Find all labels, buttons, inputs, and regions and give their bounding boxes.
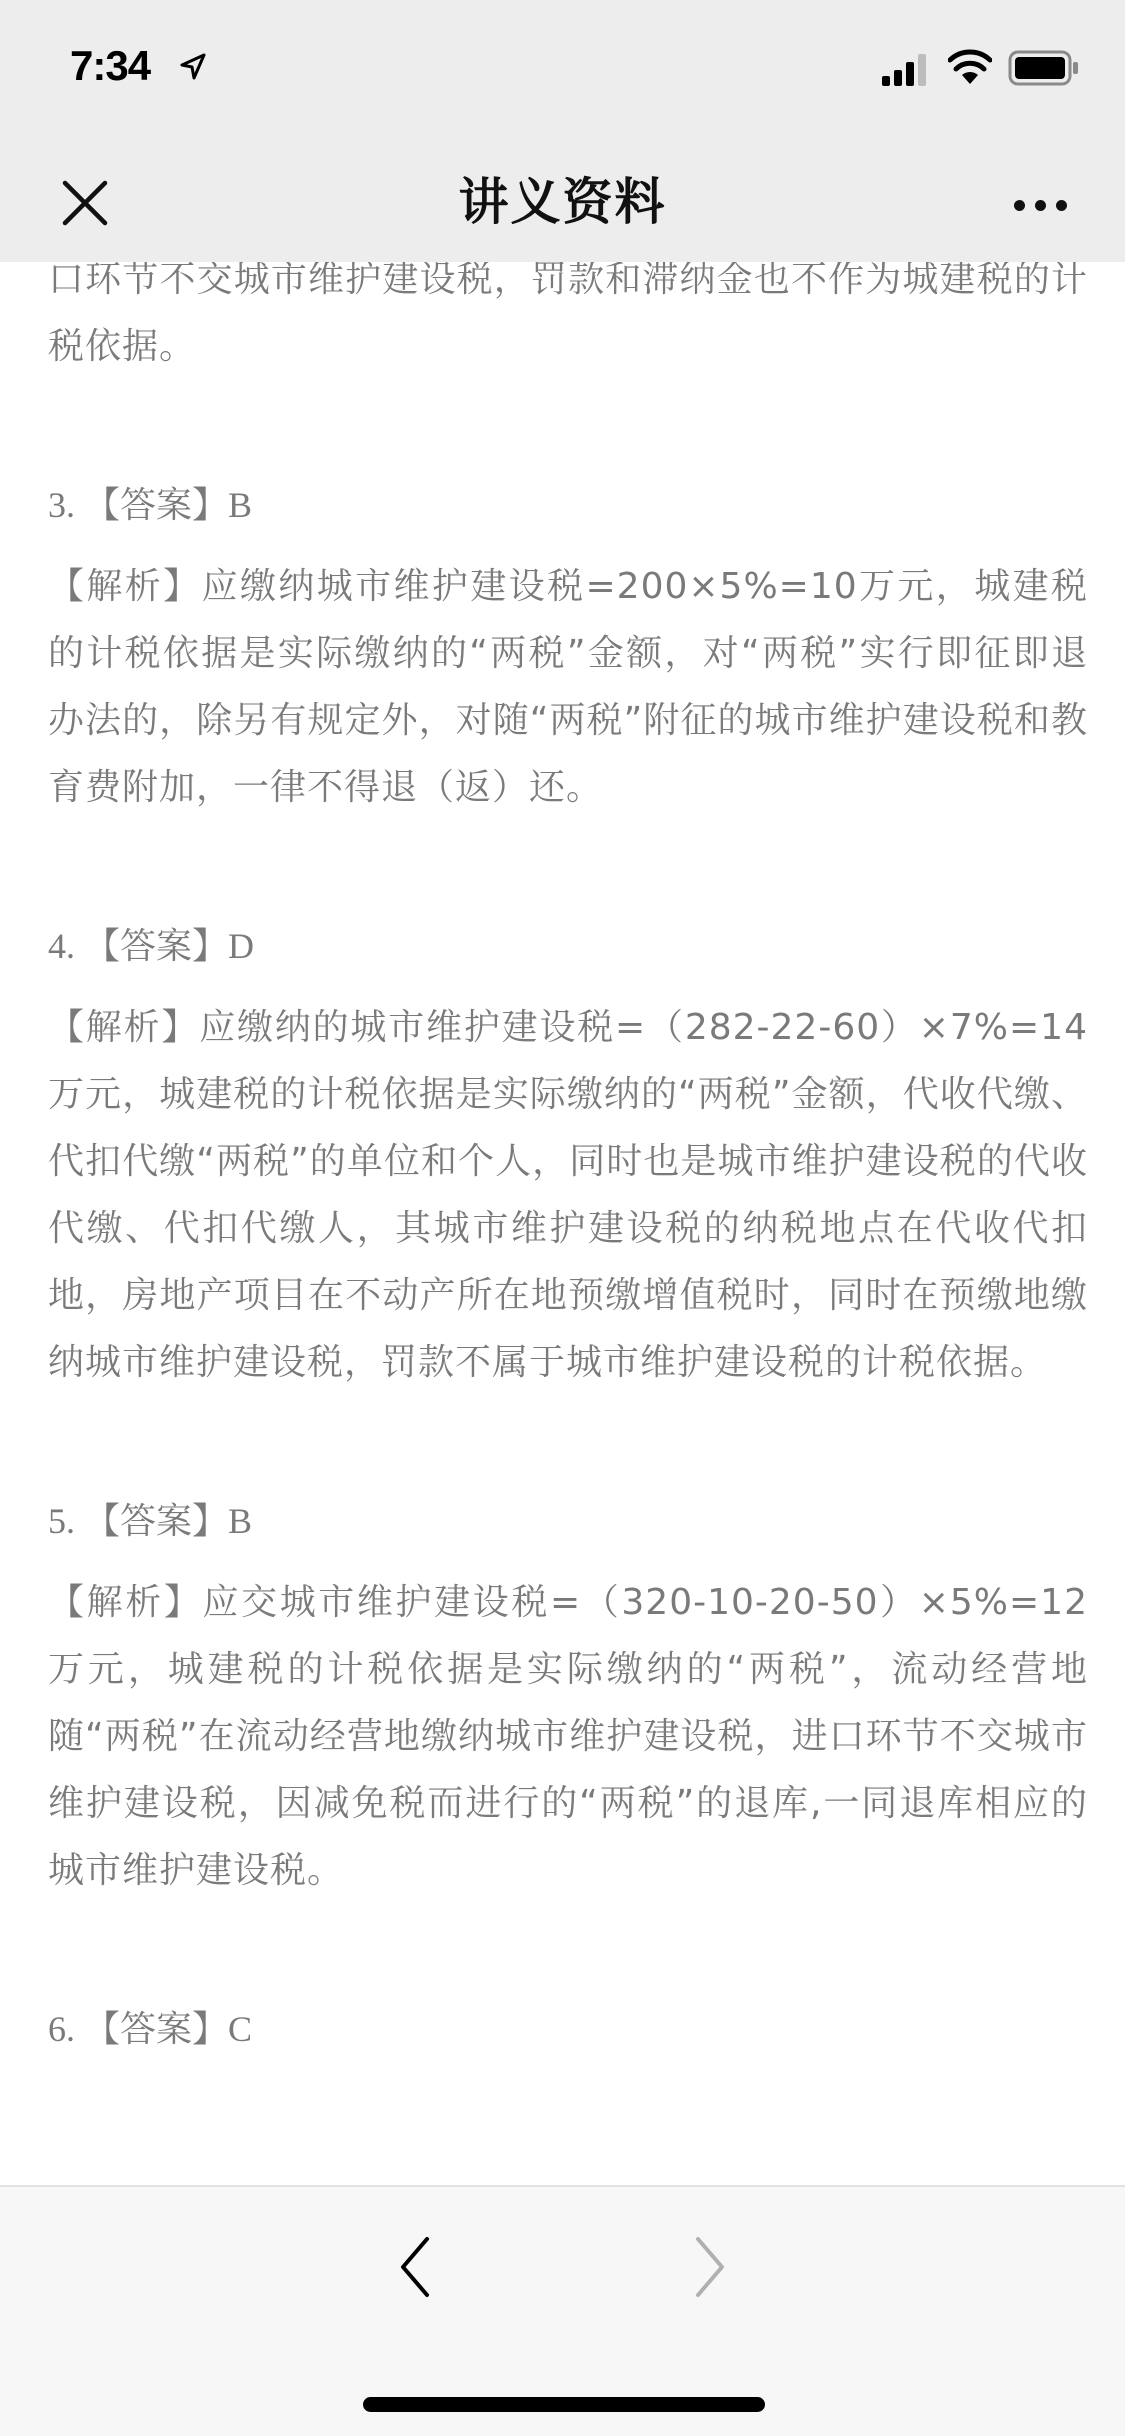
chevron-left-icon: [385, 2227, 445, 2307]
more-icon-dot: [1035, 200, 1046, 211]
analysis-paragraph-5: 【解析】应交城市维护建设税=（320-10-20-50）×5%=12万元，城建税…: [48, 1569, 1088, 1904]
item-number: 6.: [48, 2009, 75, 2049]
back-button[interactable]: [385, 2227, 445, 2307]
answer-label: 【答案】: [84, 926, 228, 967]
status-time: 7:34: [70, 42, 150, 90]
item-number: 5.: [48, 1501, 75, 1541]
analysis-paragraph-3: 【解析】应缴纳城市维护建设税=200×5%=10万元，城建税的计税依据是实际缴纳…: [48, 553, 1088, 821]
home-indicator[interactable]: [363, 2397, 765, 2412]
answer-heading-4: 4. 【答案】D: [48, 913, 1088, 980]
intro-tail-paragraph: 口环节不交城市维护建设税，罚款和滞纳金也不作为城建税的计税依据。: [48, 262, 1088, 380]
more-icon-dot: [1056, 200, 1067, 211]
item-number: 3.: [48, 485, 75, 525]
document-content[interactable]: 口环节不交城市维护建设税，罚款和滞纳金也不作为城建税的计税依据。 3. 【答案】…: [0, 262, 1125, 2185]
signal-icon: [880, 52, 936, 86]
answer-value: B: [228, 1501, 252, 1541]
item-number: 4.: [48, 926, 75, 966]
answer-heading-6: 6. 【答案】C: [48, 1996, 1088, 2063]
forward-button[interactable]: [680, 2227, 740, 2307]
more-button[interactable]: [1000, 180, 1080, 230]
bottom-toolbar: [0, 2185, 1125, 2436]
answer-label: 【答案】: [84, 2009, 228, 2050]
analysis-paragraph-4: 【解析】应缴纳的城市维护建设税=（282-22-60）×7%=14万元，城建税的…: [48, 994, 1088, 1396]
answer-value: B: [228, 485, 252, 525]
chevron-right-icon: [680, 2227, 740, 2307]
location-arrow-icon: [178, 52, 208, 82]
answer-value: C: [228, 2009, 252, 2049]
answer-heading-5: 5. 【答案】B: [48, 1488, 1088, 1555]
page-title: 讲义资料: [0, 162, 1125, 234]
answer-label: 【答案】: [84, 1501, 228, 1542]
answer-heading-3: 3. 【答案】B: [48, 472, 1088, 539]
more-icon: [1014, 200, 1025, 211]
wifi-icon: [948, 48, 992, 86]
answer-value: D: [228, 926, 254, 966]
status-bar: 7:34: [0, 0, 1125, 132]
answer-label: 【答案】: [84, 485, 228, 526]
nav-bar: 讲义资料: [0, 132, 1125, 262]
battery-icon: [1008, 50, 1080, 86]
